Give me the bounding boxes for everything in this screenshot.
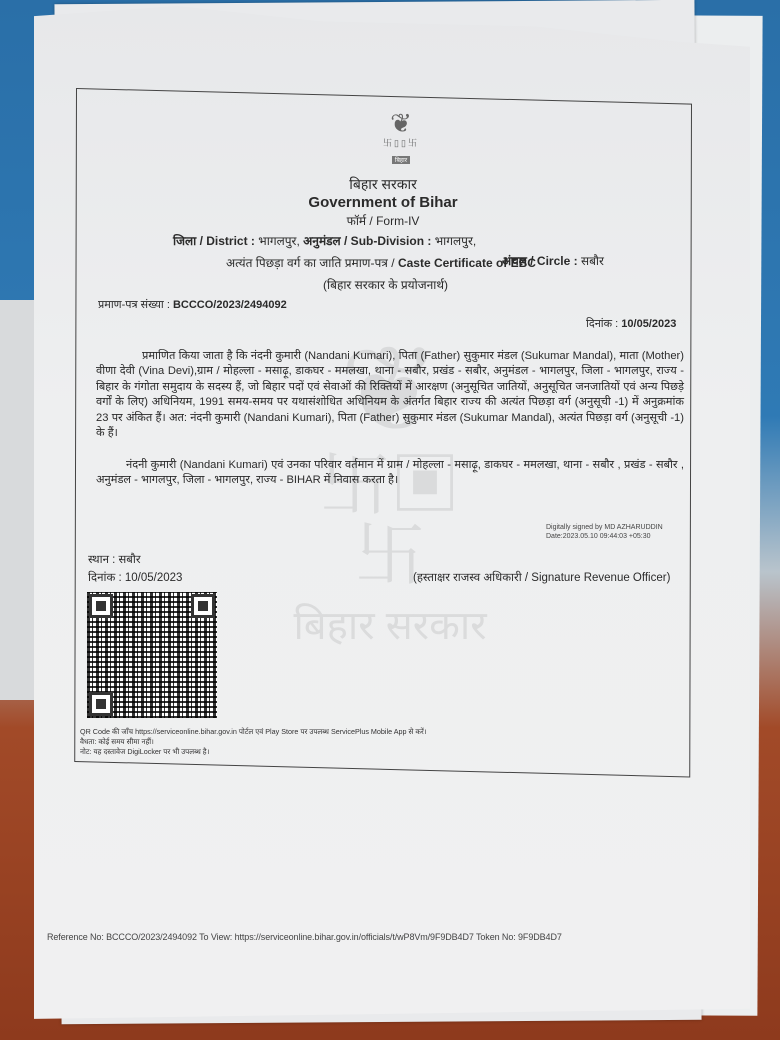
certificate-body: प्रमाणित किया जाता है कि नंदनी कुमारी (N… bbox=[96, 349, 684, 441]
bihar-emblem: ❦ 卐▯▯卐 बिहार bbox=[376, 110, 426, 158]
verification-notes: QR Code की जाँच https://serviceonline.bi… bbox=[80, 727, 427, 757]
title-english: Government of Bihar bbox=[76, 194, 690, 211]
reference-footer: Reference No: BCCCO/2023/2494092 To View… bbox=[47, 932, 562, 942]
residence-statement: नंदनी कुमारी (Nandani Kumari) एवं उनका प… bbox=[96, 458, 684, 489]
certificate-date: दिनांक : 10/05/2023 bbox=[586, 316, 676, 331]
qr-finder-icon bbox=[191, 594, 215, 618]
bodhi-tree-icon: ❦ bbox=[376, 110, 426, 136]
digital-signature: Digitally signed by MD AZHARUDDIN Date:2… bbox=[546, 523, 663, 541]
title-hindi: बिहार सरकार bbox=[76, 175, 690, 194]
issue-date: दिनांक : 10/05/2023 bbox=[88, 570, 182, 585]
form-number: फॉर्म / Form-IV bbox=[76, 212, 690, 229]
swastika-icon: 卐▯▯卐 bbox=[376, 136, 426, 149]
purpose: (बिहार सरकार के प्रयोजनार्थ) bbox=[323, 276, 448, 293]
certificate-number: प्रमाण-पत्र संख्या : BCCCO/2023/2494092 bbox=[98, 297, 287, 312]
qr-code[interactable] bbox=[87, 592, 217, 718]
qr-finder-icon bbox=[89, 594, 113, 618]
qr-finder-icon bbox=[89, 692, 113, 716]
place: स्थान : सबौर bbox=[88, 552, 141, 567]
location-line: जिला / District : भागलपुर, अनुमंडल / Sub… bbox=[173, 232, 476, 249]
certificate-title: अत्यंत पिछड़ा वर्ग का जाति प्रमाण-पत्र /… bbox=[226, 254, 536, 271]
officer-signature-label: (हस्ताक्षर राजस्व अधिकारी / Signature Re… bbox=[413, 570, 670, 585]
